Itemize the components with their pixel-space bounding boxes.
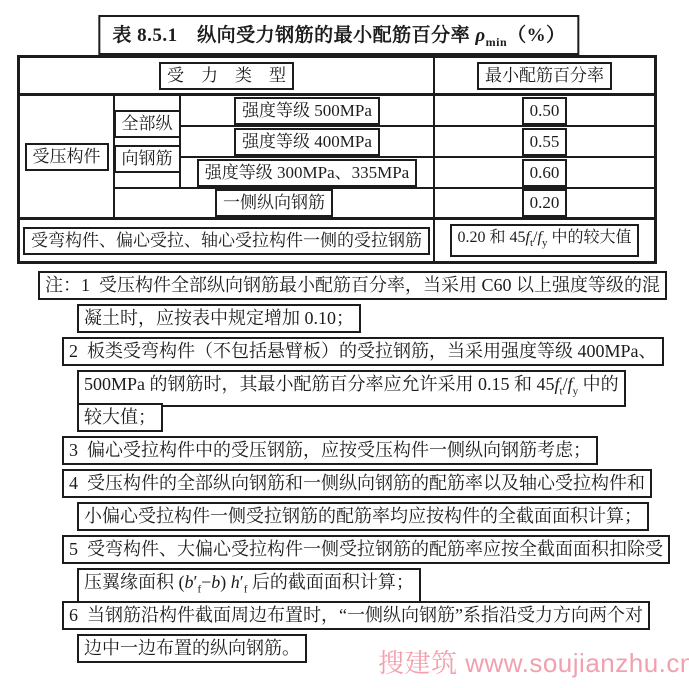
header-min-ratio-label: 最小配筋百分率 <box>477 62 612 90</box>
value-grade-300-335: 0.60 <box>435 158 654 189</box>
grade-300-335-label: 强度等级 300MPa、335MPa <box>197 159 417 187</box>
header-min-ratio: 最小配筋百分率 <box>435 58 654 96</box>
all-longitudinal-label-line1: 全部纵 <box>115 110 181 138</box>
note-1-line-1: 注：1 受压构件全部纵向钢筋最小配筋百分率，当采用 C60 以上强度等级的混 <box>38 271 689 300</box>
value-flexural-tension-label: 0.20 和 45ft/fy 中的较大值 <box>450 224 640 257</box>
cell-flexural-tension-members: 受弯构件、偏心受拉、轴心受拉构件一侧的受拉钢筋 <box>20 220 435 261</box>
note-4-line-1: 4 受压构件的全部纵向钢筋和一侧纵向钢筋的配筋率以及轴心受拉构件和 <box>62 469 689 498</box>
note-6-line-1-text: 6 当钢筋沿构件截面周边布置时，“一侧纵向钢筋”系指沿受力方向两个对 <box>62 601 650 630</box>
note-2-line-2: 500MPa 的钢筋时，其最小配筋百分率应允许采用 0.15 和 45ft/fy… <box>77 370 689 399</box>
note-5-line-1: 5 受弯构件、大偏心受拉构件一侧受拉钢筋的配筋率应按全截面面积扣除受 <box>62 535 689 564</box>
value-grade-400: 0.55 <box>435 127 654 158</box>
header-force-type-label: 受 力 类 型 <box>159 62 294 90</box>
compression-member-label: 受压构件 <box>25 143 109 171</box>
note-5-line-2-text: 压翼缘面积 (b′f−b) h′f 后的截面面积计算； <box>77 568 421 605</box>
value-grade-300-335-label: 0.60 <box>522 159 568 187</box>
grade-500-label: 强度等级 500MPa <box>234 97 380 125</box>
cell-grade-500: 强度等级 500MPa <box>181 96 435 127</box>
note-2-line-3: 较大值； <box>77 403 689 432</box>
note-3-line-1: 3 偏心受拉构件中的受压钢筋，应按受压构件一侧纵向钢筋考虑； <box>62 436 689 465</box>
cell-compression-member: 受压构件 <box>20 96 115 220</box>
value-grade-500-label: 0.50 <box>522 97 568 125</box>
watermark-soujianzhu: 搜建筑 www.soujianzhu.cn <box>378 643 689 680</box>
notes-section: 注：1 受压构件全部纵向钢筋最小配筋百分率，当采用 C60 以上强度等级的混 凝… <box>0 271 689 667</box>
note-6-line-2-text: 边中一边布置的纵向钢筋。 <box>77 634 307 663</box>
table-title: 表 8.5.1 纵向受力钢筋的最小配筋百分率 ρmin（%） <box>98 15 579 55</box>
note-2-line-1-text: 2 板类受弯构件（不包括悬臂板）的受拉钢筋，当采用强度等级 400MPa、 <box>62 337 664 366</box>
cell-grade-400: 强度等级 400MPa <box>181 127 435 158</box>
value-one-side: 0.20 <box>435 189 654 220</box>
value-flexural-tension: 0.20 和 45ft/fy 中的较大值 <box>435 220 654 261</box>
one-side-longitudinal-label: 一侧纵向钢筋 <box>215 189 333 217</box>
note-2-line-2-text: 500MPa 的钢筋时，其最小配筋百分率应允许采用 0.15 和 45ft/fy… <box>77 370 626 407</box>
value-grade-500: 0.50 <box>435 96 654 127</box>
flexural-tension-members-label: 受弯构件、偏心受拉、轴心受拉构件一侧的受拉钢筋 <box>23 227 430 255</box>
note-5-line-1-text: 5 受弯构件、大偏心受拉构件一侧受拉钢筋的配筋率应按全截面面积扣除受 <box>62 535 670 564</box>
header-force-type: 受 力 类 型 <box>20 58 435 96</box>
cell-one-side-longitudinal: 一侧纵向钢筋 <box>115 189 435 220</box>
all-longitudinal-label-line2: 向钢筋 <box>115 145 181 173</box>
note-2-line-1: 2 板类受弯构件（不包括悬臂板）的受拉钢筋，当采用强度等级 400MPa、 <box>62 337 689 366</box>
value-one-side-label: 0.20 <box>522 189 568 217</box>
note-4-line-2: 小偏心受拉构件一侧受拉钢筋的配筋率均应按构件的全截面面积计算； <box>77 502 689 531</box>
document-page: 表 8.5.1 纵向受力钢筋的最小配筋百分率 ρmin（%） 受 力 类 型 最… <box>0 0 689 688</box>
note-1-line-2-text: 凝土时，应按表中规定增加 0.10； <box>77 304 361 333</box>
cell-grade-300-335: 强度等级 300MPa、335MPa <box>181 158 435 189</box>
note-6-line-1: 6 当钢筋沿构件截面周边布置时，“一侧纵向钢筋”系指沿受力方向两个对 <box>62 601 689 630</box>
value-grade-400-label: 0.55 <box>522 128 568 156</box>
note-4-line-2-text: 小偏心受拉构件一侧受拉钢筋的配筋率均应按构件的全截面面积计算； <box>77 502 649 531</box>
min-reinforcement-table: 受 力 类 型 最小配筋百分率 受压构件 全部纵 向钢筋 强度等级 500MPa… <box>17 55 657 264</box>
note-2-line-3-text: 较大值； <box>77 403 163 432</box>
note-4-line-1-text: 4 受压构件的全部纵向钢筋和一侧纵向钢筋的配筋率以及轴心受拉构件和 <box>62 469 652 498</box>
note-1-line-1-text: 注：1 受压构件全部纵向钢筋最小配筋百分率，当采用 C60 以上强度等级的混 <box>38 271 667 300</box>
grade-400-label: 强度等级 400MPa <box>234 128 380 156</box>
cell-all-longitudinal: 全部纵 向钢筋 <box>115 96 181 189</box>
note-1-line-2: 凝土时，应按表中规定增加 0.10； <box>77 304 689 333</box>
note-5-line-2: 压翼缘面积 (b′f−b) h′f 后的截面面积计算； <box>77 568 689 597</box>
note-3-line-1-text: 3 偏心受拉构件中的受压钢筋，应按受压构件一侧纵向钢筋考虑； <box>62 436 598 465</box>
